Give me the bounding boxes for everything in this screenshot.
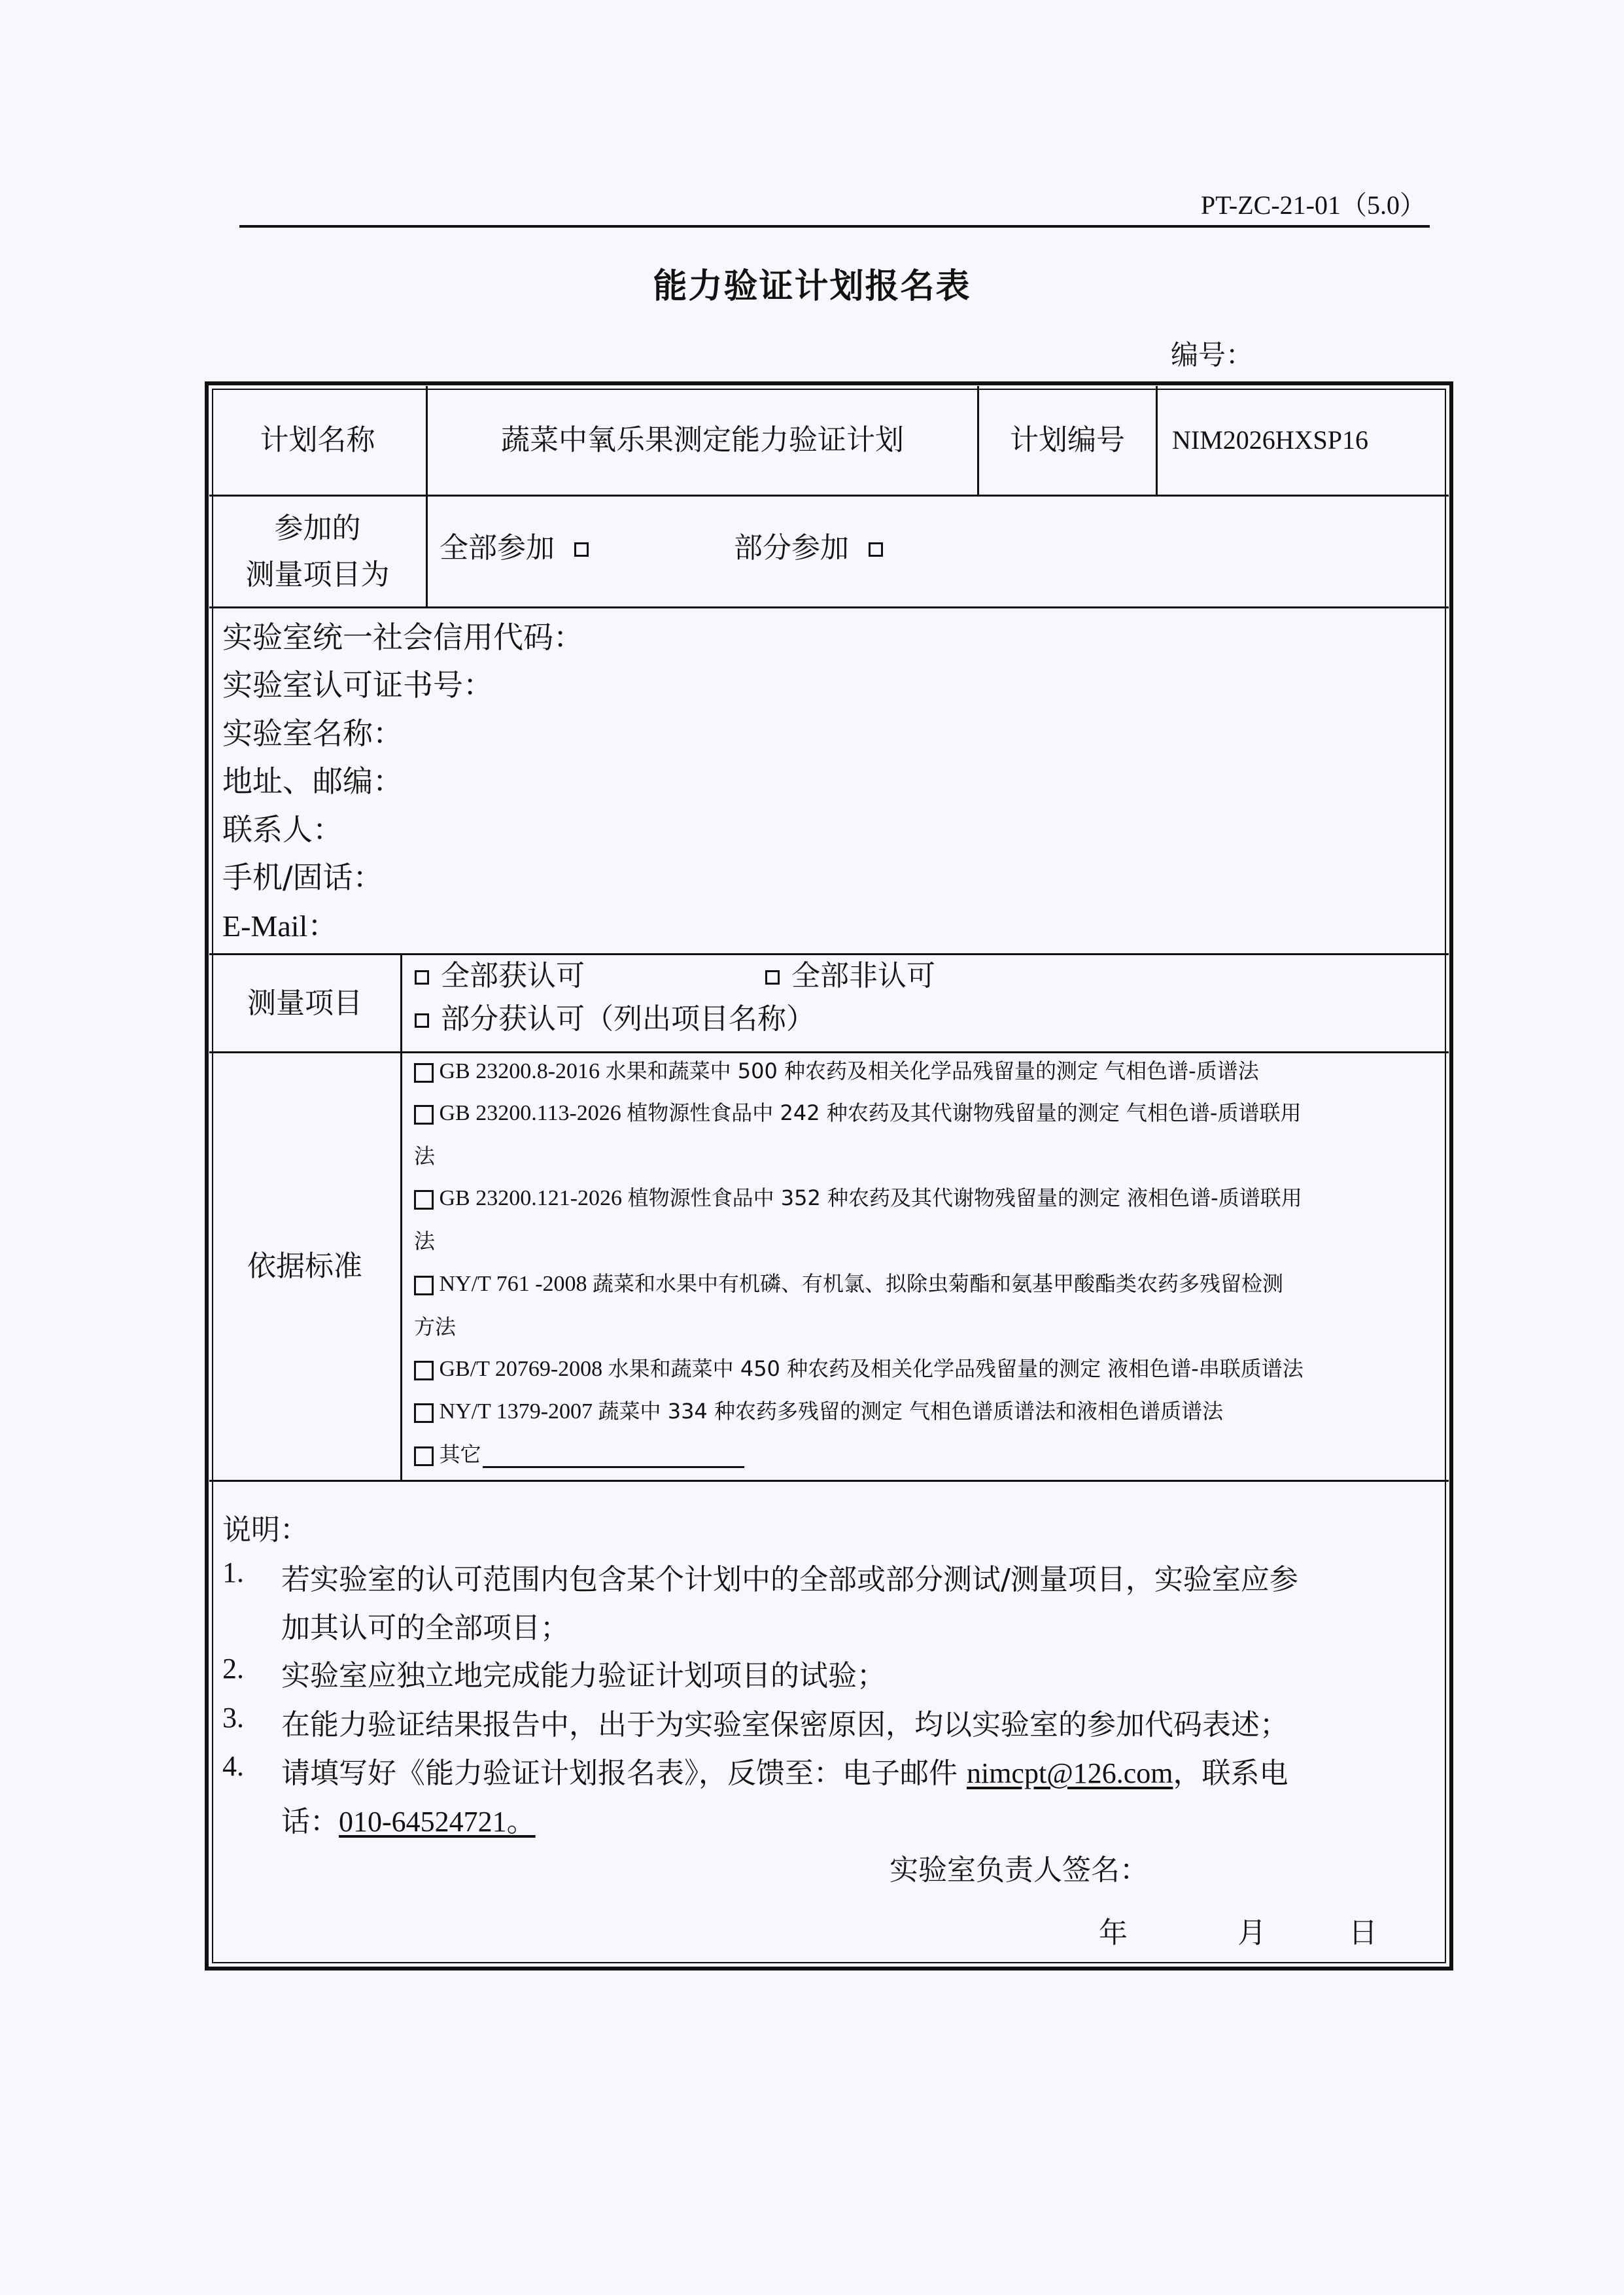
document-code: PT-ZC-21-01（5.0） [1112, 184, 1426, 222]
standard-desc-cont: 方法 [414, 1314, 456, 1339]
measurement-option-partial-accredited-label: 部分获认可（列出项目名称） [441, 1002, 815, 1036]
measurement-option-all-non-accredited[interactable]: 全部非认可 [765, 959, 935, 994]
measurement-label: 测量项目 [209, 956, 400, 1051]
standard-code: NY/T 1379-2007 [440, 1399, 593, 1424]
standard-other-input[interactable] [483, 1466, 744, 1468]
checkbox-standard-other[interactable] [414, 1446, 434, 1466]
checkbox-standard[interactable] [414, 1105, 434, 1125]
standard-desc: 水果和蔬菜中 500 种农药及相关化学品残留量的测定 气相色谱-质谱法 [606, 1059, 1259, 1083]
standard-item-other[interactable]: 其它 [414, 1438, 744, 1468]
standard-desc: 蔬菜中 334 种农药多残留的测定 气相色谱质谱法和液相色谱质谱法 [598, 1399, 1224, 1424]
lab-address-field[interactable]: 地址、邮编： [222, 758, 403, 801]
standard-code: NY/T 761 -2008 [440, 1272, 587, 1296]
checkbox-partial-accredited[interactable] [415, 1013, 429, 1028]
plan-name-value: 蔬菜中氧乐果测定能力验证计划 [428, 386, 977, 495]
checkbox-all-non-accredited[interactable] [765, 970, 780, 985]
checkbox-standard[interactable] [414, 1276, 434, 1295]
notes-heading: 说明： [222, 1506, 309, 1548]
plan-number-label: 计划编号 [979, 386, 1156, 495]
note-text: 若实验室的认可范围内包含某个计划中的全部或部分测试/测量项目，实验室应参 [281, 1556, 1298, 1598]
checkbox-standard[interactable] [414, 1190, 434, 1210]
col-divider [400, 954, 402, 1480]
date-day-label: 日 [1349, 1909, 1377, 1951]
participation-option-partial[interactable]: 部分参加 [734, 531, 883, 566]
note-text: 实验室应独立地完成能力验证计划项目的试验； [281, 1652, 886, 1694]
standard-item[interactable]: NY/T 1379-2007 蔬菜中 334 种农药多残留的测定 气相色谱质谱法… [414, 1395, 1223, 1425]
checkbox-standard[interactable] [414, 1361, 434, 1380]
checkbox-standard[interactable] [414, 1403, 434, 1423]
note-text-cont: 话：010-64524721。 [281, 1798, 536, 1840]
date-year-label: 年 [1099, 1909, 1128, 1951]
plan-number-value: NIM2026HXSP16 [1158, 386, 1445, 495]
note-text-part: 话： [281, 1805, 339, 1838]
checkbox-partial-participation[interactable] [869, 542, 883, 557]
standard-code: GB 23200.113-2026 [440, 1101, 621, 1125]
signature-label[interactable]: 实验室负责人签名： [890, 1846, 1149, 1888]
standard-item[interactable]: GB 23200.121-2026 植物源性食品中 352 种农药及其代谢物残留… [414, 1182, 1302, 1212]
checkbox-all-participation[interactable] [574, 542, 589, 557]
note-text-cont: 加其认可的全部项目； [281, 1604, 569, 1646]
plan-name-label: 计划名称 [209, 386, 426, 495]
row-divider [209, 1051, 1449, 1053]
standard-item-continued: 法 [414, 1140, 435, 1170]
standard-code: GB 23200.121-2026 [440, 1186, 623, 1210]
lab-email-field[interactable]: E-Mail： [222, 902, 337, 945]
standard-item[interactable]: GB/T 20769-2008 水果和蔬菜中 450 种农药及相关化学品残留量的… [414, 1352, 1304, 1382]
standard-desc: 水果和蔬菜中 450 种农药及相关化学品残留量的测定 液相色谱-串联质谱法 [608, 1356, 1304, 1381]
standard-desc: 植物源性食品中 352 种农药及其代谢物残留量的测定 液相色谱-质谱联用 [628, 1185, 1302, 1210]
note-text: 在能力验证结果报告中，出于为实验室保密原因，均以实验室的参加代码表述； [281, 1701, 1288, 1743]
note-text: 请填写好《能力验证计划报名表》，反馈至：电子邮件 nimcpt@126.com，… [281, 1749, 1288, 1791]
note-number: 2. [222, 1652, 244, 1685]
measurement-option-partial-accredited[interactable]: 部分获认可（列出项目名称） [415, 1002, 815, 1037]
standards-label: 依据标准 [209, 1054, 400, 1480]
standard-item-continued: 法 [414, 1225, 435, 1255]
standard-desc: 植物源性食品中 242 种农药及其代谢物残留量的测定 气相色谱-质谱联用 [627, 1100, 1301, 1125]
serial-number-label: 编号： [1171, 334, 1253, 373]
note-number: 1. [222, 1556, 244, 1589]
participation-label-line2: 测量项目为 [246, 552, 390, 598]
lab-name-field[interactable]: 实验室名称： [222, 710, 403, 753]
note-number: 4. [222, 1749, 244, 1783]
lab-accreditation-number-field[interactable]: 实验室认可证书号： [222, 661, 493, 705]
note-text-part: ，联系电 [1173, 1757, 1288, 1790]
standard-item[interactable]: GB 23200.113-2026 植物源性食品中 242 种农药及其代谢物残留… [414, 1096, 1301, 1127]
standard-code: GB/T 20769-2008 [440, 1357, 603, 1381]
lab-phone-field[interactable]: 手机/固话： [222, 854, 383, 897]
lab-contact-field[interactable]: 联系人： [222, 806, 343, 849]
participation-label: 参加的 测量项目为 [209, 497, 426, 606]
note-number: 3. [222, 1701, 244, 1734]
row-divider [209, 606, 1449, 608]
participation-label-line1: 参加的 [275, 506, 361, 552]
standard-other-label: 其它 [440, 1442, 481, 1467]
standard-desc-cont: 法 [414, 1144, 435, 1168]
measurement-option-all-accredited[interactable]: 全部获认可 [415, 959, 585, 994]
row-divider [209, 1480, 1449, 1482]
row-divider [209, 953, 1449, 955]
lab-credit-code-field[interactable]: 实验室统一社会信用代码： [222, 614, 583, 657]
header-rule [239, 225, 1430, 228]
note-text-part: 请填写好《能力验证计划报名表》，反馈至：电子邮件 [281, 1757, 967, 1790]
standard-item-continued: 方法 [414, 1310, 456, 1340]
measurement-option-all-accredited-label: 全部获认可 [441, 959, 585, 992]
standard-desc: 蔬菜和水果中有机磷、有机氯、拟除虫菊酯和氨基甲酸酯类农药多残留检测 [593, 1271, 1283, 1296]
standard-code: GB 23200.8-2016 [440, 1059, 600, 1083]
participation-option-all-label: 全部参加 [440, 531, 555, 565]
form-title: 能力验证计划报名表 [0, 258, 1624, 307]
participation-option-partial-label: 部分参加 [734, 531, 849, 565]
date-month-label: 月 [1237, 1909, 1266, 1951]
standard-item[interactable]: GB 23200.8-2016 水果和蔬菜中 500 种农药及相关化学品残留量的… [414, 1055, 1259, 1085]
standard-item[interactable]: NY/T 761 -2008 蔬菜和水果中有机磷、有机氯、拟除虫菊酯和氨基甲酸酯… [414, 1267, 1283, 1297]
contact-email-link[interactable]: nimcpt@126.com [967, 1757, 1173, 1789]
checkbox-all-accredited[interactable] [415, 970, 429, 985]
contact-phone: 010-64524721。 [339, 1806, 536, 1838]
checkbox-standard[interactable] [414, 1063, 434, 1083]
standard-desc-cont: 法 [414, 1229, 435, 1253]
participation-option-all[interactable]: 全部参加 [440, 531, 589, 566]
row-divider [209, 495, 1449, 497]
measurement-option-all-non-accredited-label: 全部非认可 [791, 959, 935, 992]
